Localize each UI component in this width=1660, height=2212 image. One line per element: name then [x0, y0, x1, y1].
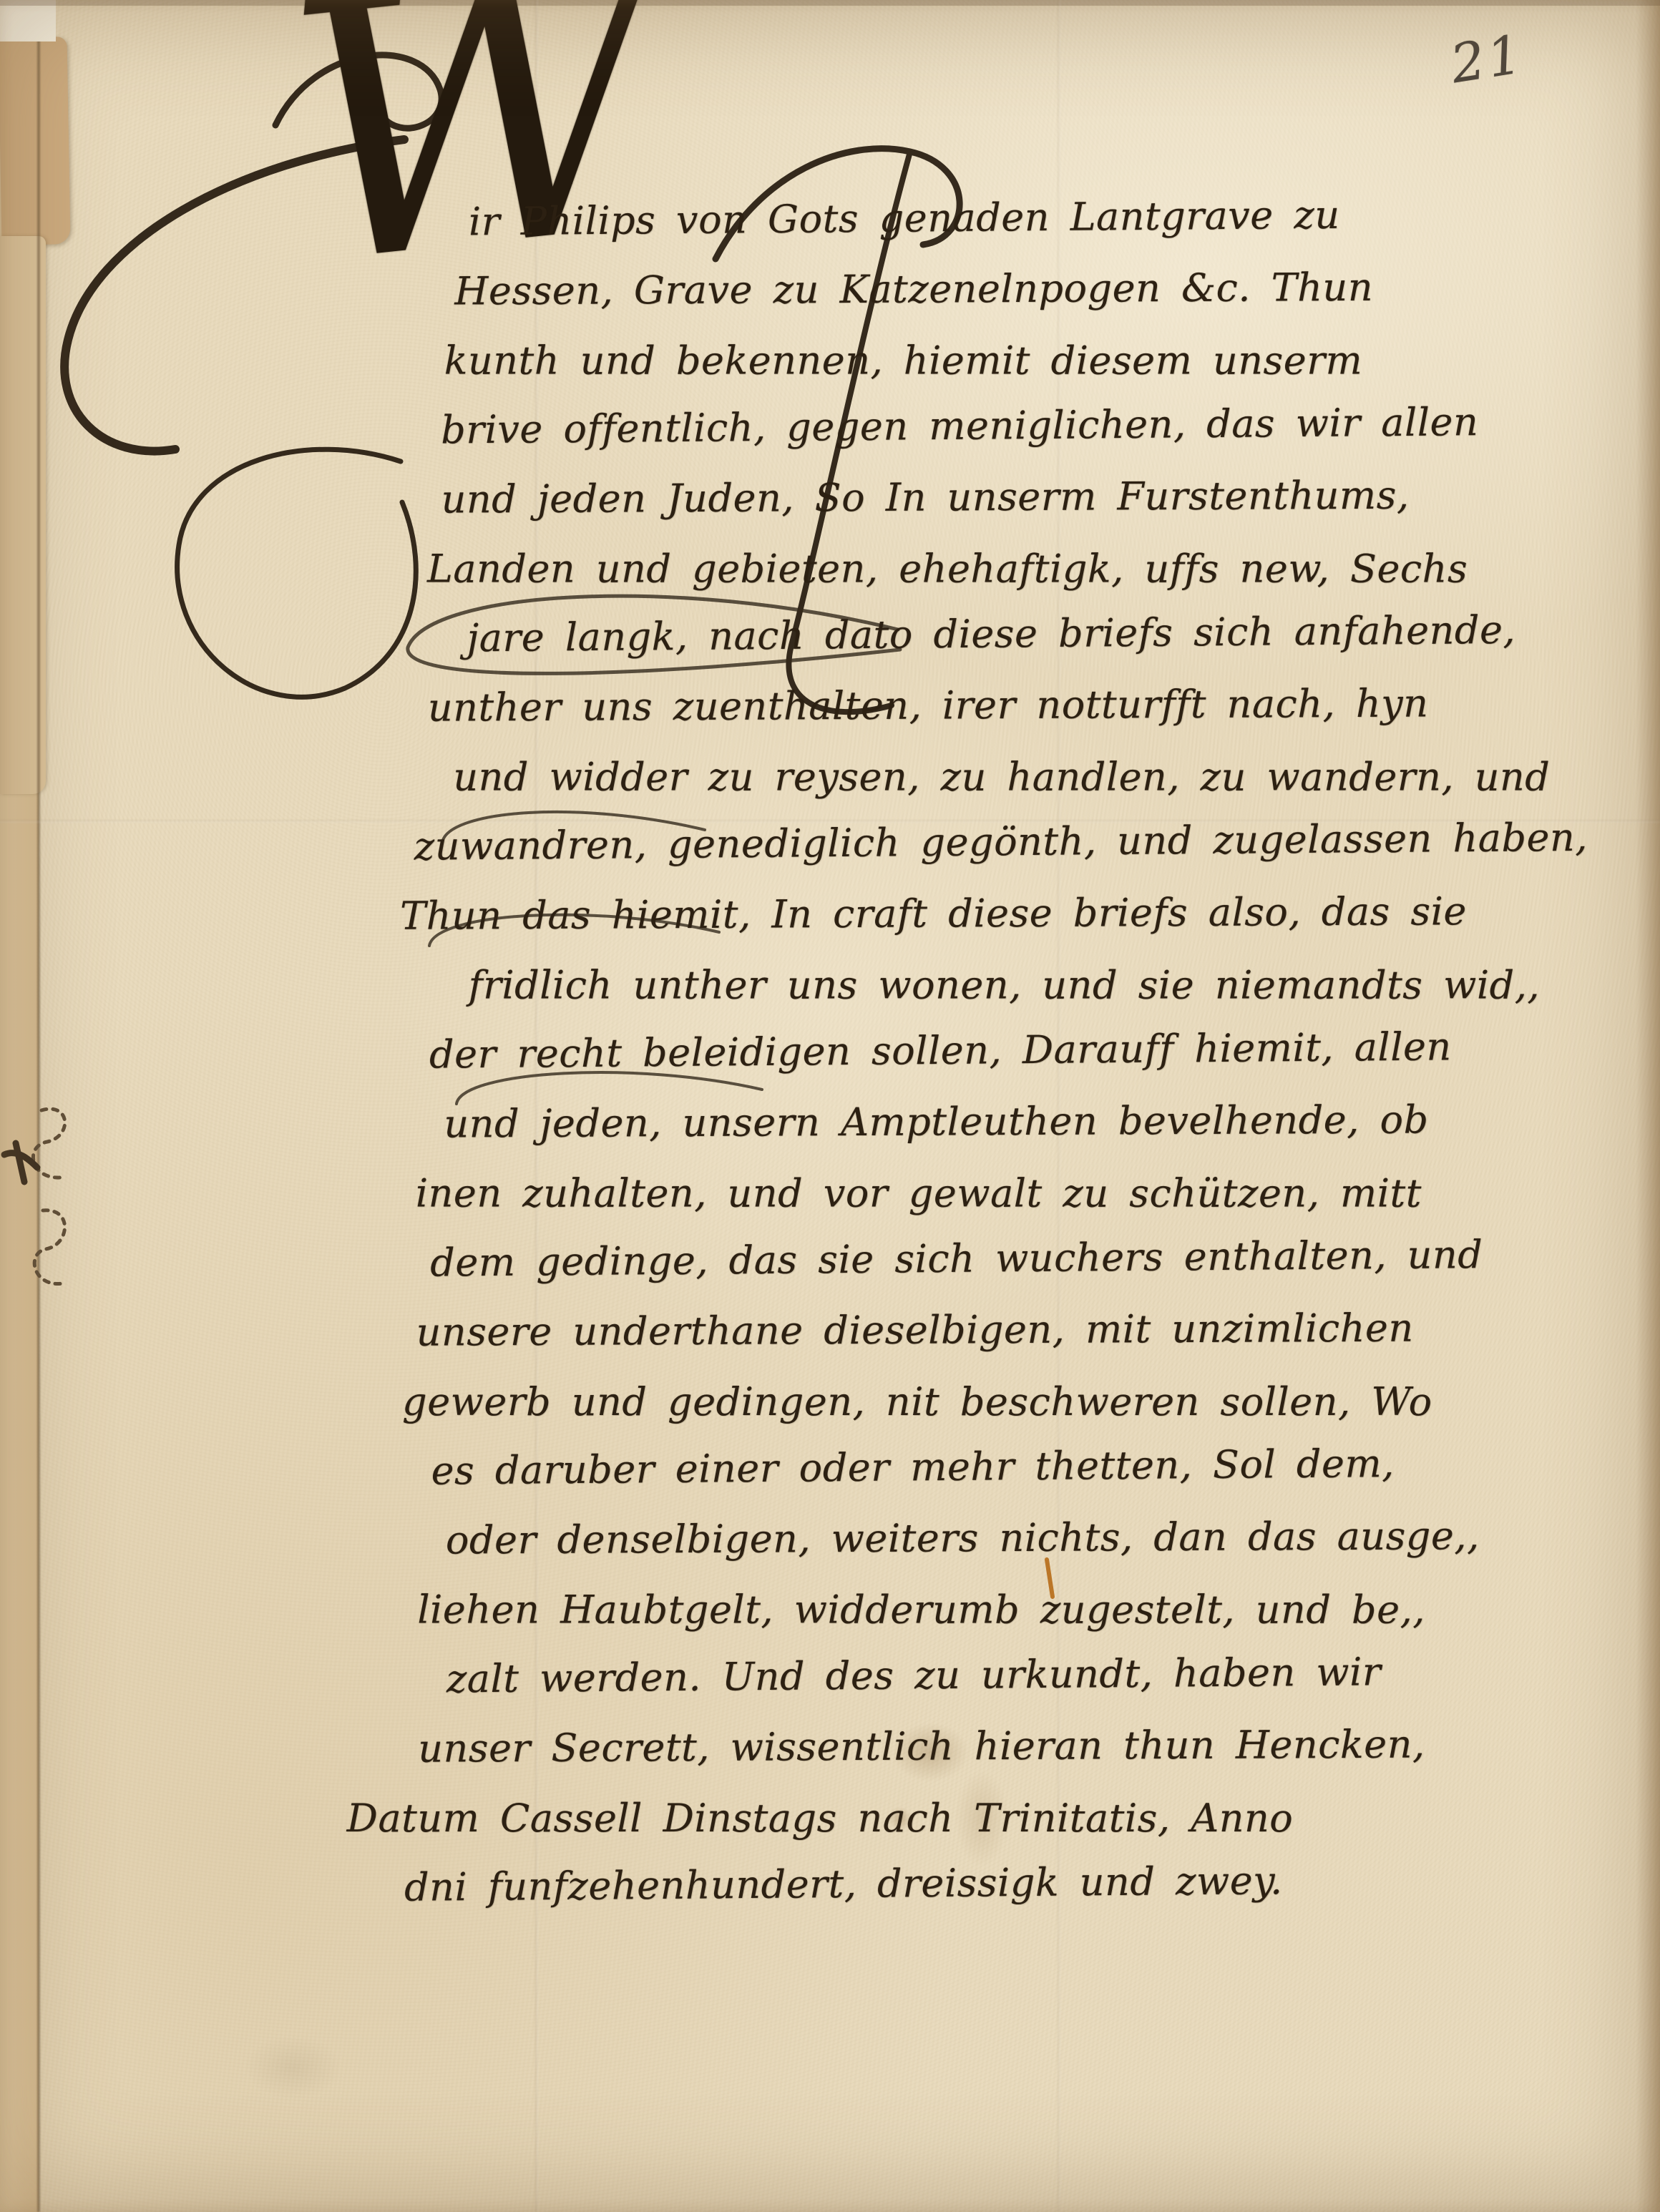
top-edge-shadow [0, 0, 1660, 6]
text-line-15: inen zuhalten, und vor gewalt zu schütze… [416, 1159, 1646, 1228]
tape-remnant [0, 36, 71, 245]
corner-highlight [0, 0, 56, 41]
text-line-23: unser Secrett, wissentlich hieran thun H… [418, 1708, 1649, 1783]
text-line-6: Landen und gebieten, ehehaftigk, uffs ne… [427, 534, 1644, 604]
text-line-4: brive offentlich, gegen meniglichen, das… [441, 386, 1644, 464]
page-edge-shadow [37, 0, 40, 2212]
text-line-25: dni funfzehenhundert, dreissigk und zwey… [404, 1843, 1650, 1922]
text-line-1: ir Philips von Gots genaden Lantgrave zu [469, 177, 1643, 256]
text-line-8: unther uns zuenthalten, irer notturfft n… [428, 667, 1644, 742]
shadow-stain [229, 2025, 358, 2110]
text-line-12: fridlich unther uns wonen, und sie niema… [469, 950, 1646, 1019]
text-line-14: und jeden, unsern Amptleuthen bevelhende… [444, 1084, 1646, 1158]
text-line-3: kunth und bekennen, hiemit diesem unserm [444, 326, 1643, 396]
text-line-21: liehen Haubtgelt, widderumb zugestelt, u… [417, 1575, 1648, 1645]
text-line-7: jare langk, nach dato diese briefs sich … [467, 594, 1644, 672]
manuscript-text-block: ir Philips von Gots genaden Lantgrave zu… [397, 182, 1650, 1922]
text-line-2: Hessen, Grave zu Katzenelnpogen &c. Thun [454, 251, 1642, 326]
text-line-16: dem gedinge, das sie sich wuchers enthal… [430, 1218, 1647, 1297]
text-line-19: es daruber einer oder mehr thetten, Sol … [431, 1426, 1648, 1505]
text-line-24: Datum Cassell Dinstags nach Trinitatis, … [347, 1783, 1649, 1853]
text-line-10: zuwandren, genediglich gegönth, und zuge… [414, 802, 1645, 881]
page-number: 21 [1447, 24, 1528, 96]
manuscript-page: W 21 ir Philips von Gots genaden Lantgra… [0, 0, 1660, 2212]
text-line-20: oder denselbigen, weiters nichts, dan da… [446, 1500, 1648, 1575]
text-line-17: unsere underthane dieselbigen, mit unzim… [416, 1292, 1646, 1367]
text-line-13: der recht beleidigen sollen, Darauff hie… [429, 1010, 1646, 1089]
text-line-18: gewerb und gedingen, nit beschweren soll… [402, 1367, 1647, 1437]
text-line-22: zalt werden. Und des zu urkundt, haben w… [446, 1635, 1649, 1713]
text-line-11: Thun das hiemit, In craft diese briefs a… [400, 876, 1645, 951]
text-line-5: und jeden Juden, So In unserm Furstenthu… [441, 459, 1643, 534]
text-line-9: und widder zu reysen, zu handlen, zu wan… [453, 742, 1644, 811]
